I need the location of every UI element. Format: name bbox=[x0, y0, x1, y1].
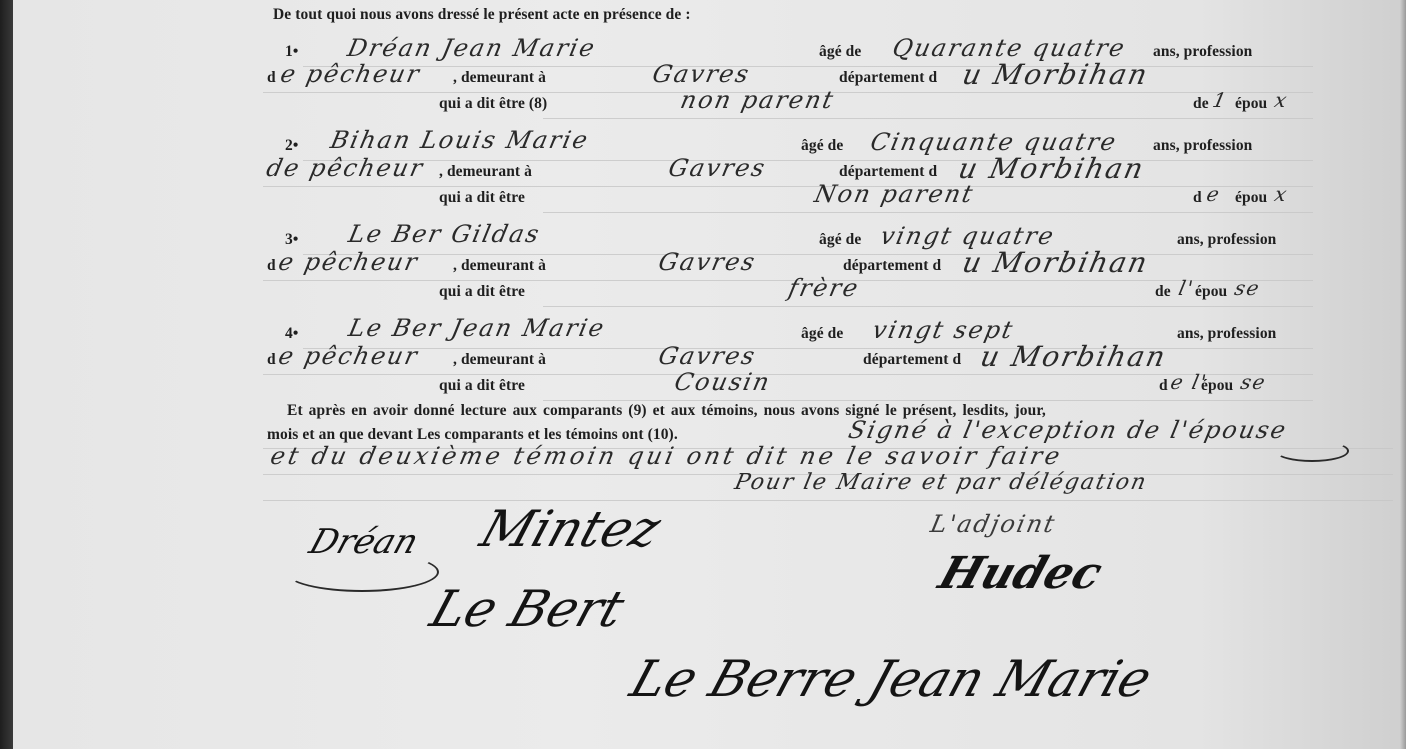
said-label: qui a dit être bbox=[439, 283, 525, 301]
ruled-line bbox=[263, 500, 1393, 501]
residence-label: , demeurant à bbox=[453, 257, 546, 275]
witness-department: u Morbihan bbox=[959, 246, 1151, 279]
residence-label: , demeurant à bbox=[439, 163, 532, 181]
witness-profession: e pêcheur bbox=[276, 248, 421, 276]
profession-label: ans, profession bbox=[1177, 231, 1276, 249]
said-label: qui a dit être bbox=[439, 377, 525, 395]
witness-number: 2• bbox=[285, 137, 298, 155]
signature-adjoint: Hudec bbox=[933, 548, 1109, 599]
signature-mintez: Mintez bbox=[474, 500, 668, 558]
spouse-suffix: se bbox=[1238, 370, 1268, 394]
spouse-suffix: se bbox=[1232, 276, 1262, 300]
ruled-line bbox=[303, 160, 1313, 161]
ruled-line bbox=[263, 374, 1313, 375]
document-page: De tout quoi nous avons dressé le présen… bbox=[13, 0, 1406, 749]
witness-relation: non parent bbox=[678, 86, 837, 114]
witness-department: u Morbihan bbox=[977, 340, 1169, 373]
age-label: âgé de bbox=[801, 325, 843, 343]
signature-le-berre: Le Berre Jean Marie bbox=[624, 650, 1159, 708]
ruled-line bbox=[543, 306, 1313, 307]
age-label: âgé de bbox=[819, 43, 861, 61]
adjoint-title: L'adjoint bbox=[928, 510, 1059, 538]
ruled-line bbox=[303, 66, 1313, 67]
scan-edge-left bbox=[0, 0, 13, 749]
ruled-line bbox=[543, 400, 1313, 401]
witness-residence: Gavres bbox=[666, 154, 769, 182]
witness-name: Bihan Louis Marie bbox=[328, 126, 592, 154]
witness-number: 4• bbox=[285, 325, 298, 343]
age-label: âgé de bbox=[819, 231, 861, 249]
said-label: qui a dit être bbox=[439, 189, 525, 207]
spouse-label: épou bbox=[1195, 283, 1227, 301]
witness-name: Le Ber Jean Marie bbox=[346, 314, 608, 342]
handwritten-closing-1: Signé à l'exception de l'épouse bbox=[846, 416, 1290, 444]
signature-flourish bbox=[285, 552, 439, 592]
intro-text: De tout quoi nous avons dressé le présen… bbox=[273, 6, 691, 24]
relation-prefix: d bbox=[1193, 189, 1202, 207]
relation-prefix: de bbox=[1155, 283, 1171, 301]
profession-label: ans, profession bbox=[1153, 137, 1252, 155]
profession-label: ans, profession bbox=[1177, 325, 1276, 343]
witness-department: u Morbihan bbox=[955, 152, 1147, 185]
spouse-label: épou bbox=[1235, 189, 1267, 207]
signature-le-bert: Le Bert bbox=[424, 580, 632, 638]
witness-name: Dréan Jean Marie bbox=[345, 34, 599, 62]
flourish-mark bbox=[1275, 440, 1349, 462]
profession-prefix: d bbox=[267, 69, 276, 87]
ruled-line bbox=[303, 254, 1313, 255]
witness-relation: frère bbox=[786, 274, 862, 302]
department-label: département d bbox=[839, 69, 937, 87]
department-label: département d bbox=[863, 351, 961, 369]
residence-label: , demeurant à bbox=[453, 351, 546, 369]
witness-relation: Cousin bbox=[672, 368, 774, 396]
witness-residence: Gavres bbox=[650, 60, 753, 88]
department-label: département d bbox=[839, 163, 937, 181]
relation-prefix: de bbox=[1193, 95, 1209, 113]
witness-profession: e pêcheur bbox=[278, 60, 423, 88]
witness-residence: Gavres bbox=[656, 342, 759, 370]
spouse-label: épou bbox=[1235, 95, 1267, 113]
handwritten-closing-2: et du deuxième témoin qui ont dit ne le … bbox=[268, 442, 1065, 470]
ruled-line bbox=[543, 212, 1313, 213]
witness-residence: Gavres bbox=[656, 248, 759, 276]
said-label: qui a dit être (8) bbox=[439, 95, 547, 113]
witness-profession: e pêcheur bbox=[276, 342, 421, 370]
relation-prefix: d bbox=[1159, 377, 1168, 395]
profession-prefix: d bbox=[267, 351, 276, 369]
spouse-label: épou bbox=[1201, 377, 1233, 395]
ruled-line bbox=[263, 280, 1313, 281]
department-label: département d bbox=[843, 257, 941, 275]
witness-name: Le Ber Gildas bbox=[346, 220, 543, 248]
handwritten-closing-3: Pour le Maire et par délégation bbox=[732, 470, 1150, 495]
witness-department: u Morbihan bbox=[959, 58, 1151, 91]
profession-prefix: d bbox=[267, 257, 276, 275]
witness-profession: de pêcheur bbox=[264, 154, 427, 182]
ruled-line bbox=[263, 186, 1313, 187]
witness-number: 3• bbox=[285, 231, 298, 249]
scan-edge-right bbox=[1400, 0, 1406, 749]
witness-number: 1• bbox=[285, 43, 298, 61]
ruled-line bbox=[543, 118, 1313, 119]
profession-label: ans, profession bbox=[1153, 43, 1252, 61]
witness-relation: Non parent bbox=[812, 180, 977, 208]
residence-label: , demeurant à bbox=[453, 69, 546, 87]
age-label: âgé de bbox=[801, 137, 843, 155]
